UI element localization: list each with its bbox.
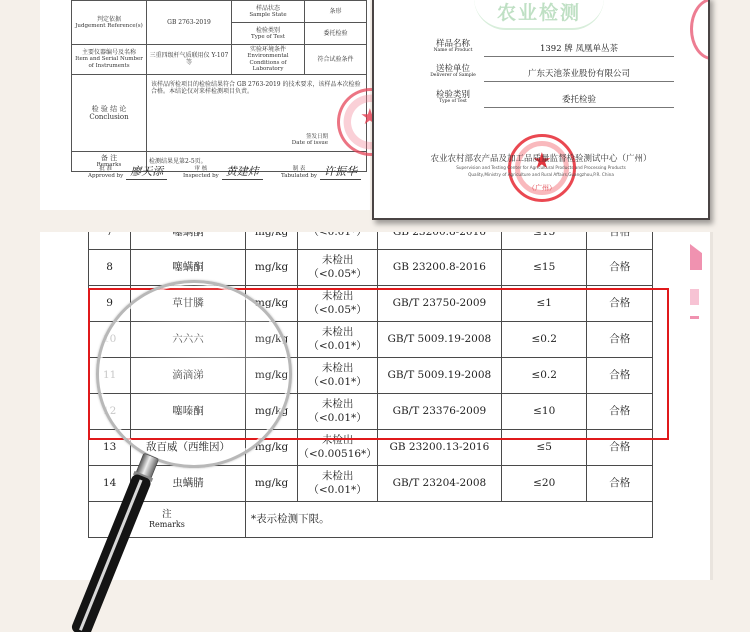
limit-cell: ≤20: [501, 466, 586, 502]
result-cell: 未检出（<0.05*）: [298, 250, 377, 286]
item-name-cell: 滴滴涕: [131, 358, 246, 394]
lab-conditions-value: 符合试验条件: [305, 45, 367, 75]
table-row: 10六六六mg/kg未检出（<0.01*）GB/T 5009.19-2008≤0…: [89, 322, 653, 358]
test-standard-cell: GB/T 5009.19-2008: [377, 358, 501, 394]
results-table: 7噻螨酮mg/kg（<0.01*）GB 23200.8-2016≤15合格8噻螨…: [88, 232, 653, 538]
testing-center-name-en-2: Quality,Ministry of Agriculture and Rura…: [374, 172, 708, 177]
unit-cell: mg/kg: [245, 394, 298, 430]
item-name-cell: 敌百威（西维因）: [131, 430, 246, 466]
test-standard-cell: GB/T 5009.19-2008: [377, 322, 501, 358]
unit-cell: mg/kg: [245, 430, 298, 466]
date-of-issue: 签发日期 Date of issue: [292, 134, 328, 147]
row-number-cell: 10: [89, 322, 131, 358]
result-cell: 未检出（<0.01*）: [298, 358, 377, 394]
sample-state-value: 条形: [305, 1, 367, 23]
judgement-cell: 合格: [587, 250, 653, 286]
judgement-cell: 合格: [587, 466, 653, 502]
report-summary-table: 判定依据 Judgement Reference(s) GB 2763-2019…: [71, 0, 367, 172]
limit-cell: ≤1: [501, 286, 586, 322]
row-number-cell: 14: [89, 466, 131, 502]
signature: 廖天添: [126, 163, 167, 180]
testing-center-name: 农业农村部农产品及加工品质量监督检验测试中心（广州）: [374, 152, 708, 164]
table-row: 8噻螨酮mg/kg未检出（<0.05*）GB 23200.8-2016≤15合格: [89, 250, 653, 286]
unit-cell: mg/kg: [245, 232, 298, 250]
signature: 黄建炜: [222, 163, 263, 180]
test-type-field: 检验类别Type of Test 委托检验: [424, 91, 674, 117]
row-number-cell: 11: [89, 358, 131, 394]
judgement-cell: 合格: [587, 232, 653, 250]
testing-center-name-en: Supervision and Testing Center for Agric…: [374, 165, 708, 170]
type-of-test-value: 委托检验: [305, 23, 367, 45]
lab-conditions-label: 实验环境条件 Environmental Conditions of Labor…: [232, 45, 305, 75]
partial-seal-mark: [690, 316, 699, 319]
limit-cell: ≤15: [501, 232, 586, 250]
row-number-cell: 7: [89, 232, 131, 250]
product-name-field: 样品名称Name of Product 1392 牌 凤凰单丛茶: [424, 40, 674, 66]
limit-cell: ≤5: [501, 430, 586, 466]
agricultural-testing-banner: 农业检测: [474, 0, 604, 30]
sample-state-label: 样品状态 Sample State: [232, 1, 305, 23]
tabulated-by: 制 表 Tabulated by 许振华: [281, 163, 361, 180]
signature-row: 批 准 Approved by 廖天添 审 核 Inspected by 黄建炜…: [88, 163, 388, 185]
judgement-cell: 合格: [587, 358, 653, 394]
judgement-cell: 合格: [587, 394, 653, 430]
table-row: 14虫螨腈mg/kg未检出（<0.01*）GB/T 23204-2008≤20合…: [89, 466, 653, 502]
test-standard-cell: GB/T 23204-2008: [377, 466, 501, 502]
unit-cell: mg/kg: [245, 466, 298, 502]
item-name-cell: 虫螨腈: [131, 466, 246, 502]
item-name-cell: 噻螨酮: [131, 232, 246, 250]
test-standard-cell: GB/T 23376-2009: [377, 394, 501, 430]
result-cell: 未检出（<0.01*）: [298, 322, 377, 358]
inspected-by: 审 核 Inspected by 黄建炜: [183, 163, 263, 180]
judgement-cell: 合格: [587, 286, 653, 322]
remarks-row: 注Remarks*表示检测下限。: [89, 502, 653, 538]
partial-seal-mark: [690, 289, 699, 305]
partial-seal-stamp: [690, 0, 708, 60]
result-cell: （<0.01*）: [298, 232, 377, 250]
table-row: 9草甘膦mg/kg未检出（<0.05*）GB/T 23750-2009≤1合格: [89, 286, 653, 322]
table-row: 11滴滴涕mg/kg未检出（<0.01*）GB/T 5009.19-2008≤0…: [89, 358, 653, 394]
remarks-text: *表示检测下限。: [245, 502, 652, 538]
test-standard-cell: GB 23200.8-2016: [377, 250, 501, 286]
row-number-cell: 9: [89, 286, 131, 322]
judgement-cell: 合格: [587, 322, 653, 358]
item-name-cell: 噻嗪酮: [131, 394, 246, 430]
row-number-cell: 8: [89, 250, 131, 286]
result-cell: 未检出（<0.05*）: [298, 286, 377, 322]
limit-cell: ≤15: [501, 250, 586, 286]
unit-cell: mg/kg: [245, 250, 298, 286]
item-name-cell: 六六六: [131, 322, 246, 358]
result-cell: 未检出（<0.01*）: [298, 466, 377, 502]
type-of-test-label: 检验类别 Type of Test: [232, 23, 305, 45]
row-number-cell: 13: [89, 430, 131, 466]
unit-cell: mg/kg: [245, 322, 298, 358]
test-standard-cell: GB 23200.13-2016: [377, 430, 501, 466]
item-name-cell: 草甘膦: [131, 286, 246, 322]
approved-by: 批 准 Approved by 廖天添: [88, 163, 167, 180]
table-row: 13敌百威（西维因）mg/kg未检出（<0.00516*）GB 23200.13…: [89, 430, 653, 466]
table-row: 12噻嗪酮mg/kg未检出（<0.01*）GB/T 23376-2009≤10合…: [89, 394, 653, 430]
item-name-cell: 噻螨酮: [131, 250, 246, 286]
instruments-value: 三重四级杆气质联用仪 Y-107 等: [147, 45, 232, 75]
unit-cell: mg/kg: [245, 286, 298, 322]
result-cell: 未检出（<0.00516*）: [298, 430, 377, 466]
judgement-cell: 合格: [587, 430, 653, 466]
conclusion-label: 检 验 结 论 Conclusion: [72, 74, 147, 151]
certificate-cover-page: 农业检测 样品名称Name of Product 1392 牌 凤凰单丛茶 送检…: [372, 0, 710, 220]
judgement-reference-value: GB 2763-2019: [147, 1, 232, 45]
signature: 许振华: [320, 163, 361, 180]
remarks-label: 注Remarks: [89, 502, 246, 538]
limit-cell: ≤0.2: [501, 322, 586, 358]
judgement-reference-label: 判定依据 Judgement Reference(s): [72, 1, 147, 45]
row-number-cell: 12: [89, 394, 131, 430]
test-standard-cell: GB/T 23750-2009: [377, 286, 501, 322]
results-page: 7噻螨酮mg/kg（<0.01*）GB 23200.8-2016≤15合格8噻螨…: [40, 232, 710, 580]
table-row: 7噻螨酮mg/kg（<0.01*）GB 23200.8-2016≤15合格: [89, 232, 653, 250]
conclusion-text: 该样品所检项目的检验结果符合 GB 2763-2019 的技术要求，该样品本次检…: [147, 74, 367, 151]
deliverer-field: 送检单位Deliverer of Sample 广东天池茶业股份有限公司: [424, 65, 674, 91]
result-cell: 未检出（<0.01*）: [298, 394, 377, 430]
report-summary-page: 判定依据 Judgement Reference(s) GB 2763-2019…: [40, 0, 370, 210]
limit-cell: ≤10: [501, 394, 586, 430]
test-standard-cell: GB 23200.8-2016: [377, 232, 501, 250]
limit-cell: ≤0.2: [501, 358, 586, 394]
unit-cell: mg/kg: [245, 358, 298, 394]
instruments-label: 主要仪器编号及名称 Item and Serial Number of Inst…: [72, 45, 147, 75]
